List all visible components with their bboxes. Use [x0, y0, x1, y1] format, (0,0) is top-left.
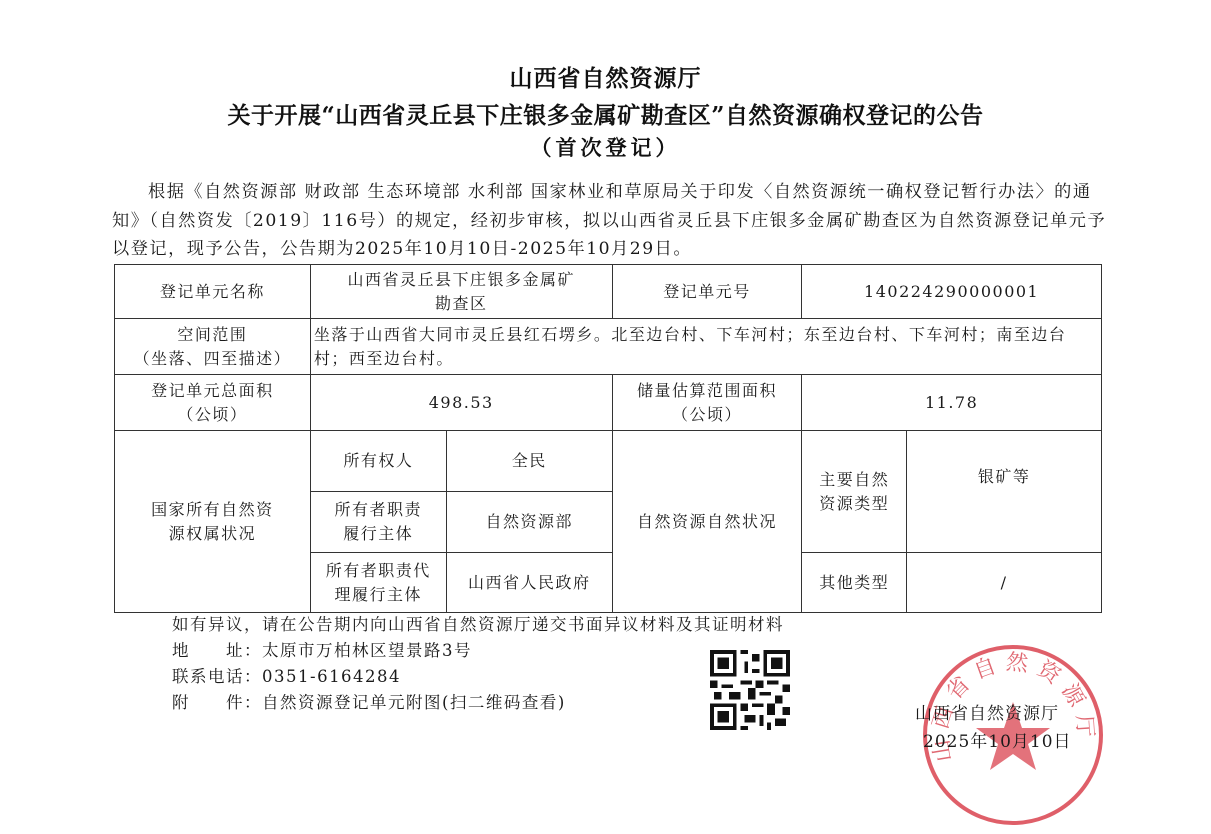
unit-name-label: 登记单元名称: [115, 265, 311, 319]
intro-text: 根据《自然资源部 财政部 生态环境部 水利部 国家林业和草原局关于印发〈自然资源…: [112, 178, 1108, 264]
registration-table: 登记单元名称 山西省灵丘县下庄银多金属矿勘查区 登记单元号 1402242900…: [114, 264, 1102, 613]
scope-value: 坐落于山西省大同市灵丘县红石塄乡。北至边台村、下车河村；东至边台村、下车河村；南…: [310, 319, 1101, 375]
phone-value: 0351-6164284: [262, 667, 401, 686]
owner-label: 所有权人: [310, 431, 446, 492]
main-type-value: 银矿等: [907, 431, 1102, 553]
phone-line: 联系电话：0351-6164284: [172, 664, 784, 690]
signature-block: 山西省自然资源厅 2025年10月10日: [915, 700, 1072, 756]
other-type-value: /: [907, 553, 1102, 613]
scope-label-line2: （坐落、四至描述）: [118, 347, 307, 371]
issuer-title: 山西省自然资源厅: [0, 60, 1211, 93]
address-line: 地 址：太原市万柏林区望景路3号: [172, 638, 784, 664]
objection-note: 如有异议，请在公告期内向山西省自然资源厅递交书面异议材料及其证明材料: [172, 612, 784, 638]
unit-no-value: 140224290000001: [802, 265, 1102, 319]
ownership-label: 国家所有自然资源权属状况: [115, 431, 311, 613]
notice-title: 关于开展“山西省灵丘县下庄银多金属矿勘查区”自然资源确权登记的公告: [0, 97, 1211, 130]
notice-subtitle: （首次登记）: [0, 132, 1211, 162]
unit-no-label: 登记单元号: [612, 265, 802, 319]
total-area-label-line2: （公顷）: [118, 403, 307, 427]
signature-org: 山西省自然资源厅: [915, 700, 1072, 728]
owner-value: 全民: [446, 431, 612, 492]
reserve-area-label-line1: 储量估算范围面积: [616, 379, 799, 403]
attachment-value: 自然资源登记单元附图(扫二维码查看): [262, 693, 566, 712]
reserve-area-label-line2: （公顷）: [616, 403, 799, 427]
qr-code-icon[interactable]: [710, 650, 790, 730]
duty-value: 自然资源部: [446, 492, 612, 553]
main-type-label: 主要自然资源类型: [802, 431, 907, 553]
notice-footer: 如有异议，请在公告期内向山西省自然资源厅递交书面异议材料及其证明材料 地 址：太…: [172, 612, 784, 716]
intro-paragraph: 根据《自然资源部 财政部 生态环境部 水利部 国家林业和草原局关于印发〈自然资源…: [112, 178, 1108, 264]
reserve-area-label: 储量估算范围面积 （公顷）: [612, 375, 802, 431]
other-type-label: 其他类型: [802, 553, 907, 613]
total-area-label-line1: 登记单元总面积: [118, 379, 307, 403]
unit-name-value: 山西省灵丘县下庄银多金属矿勘查区: [310, 265, 612, 319]
scope-label: 空间范围 （坐落、四至描述）: [115, 319, 311, 375]
reserve-area-value: 11.78: [802, 375, 1102, 431]
total-area-label: 登记单元总面积 （公顷）: [115, 375, 311, 431]
natural-status-label: 自然资源自然状况: [612, 431, 802, 613]
proxy-value: 山西省人民政府: [446, 553, 612, 613]
address-value: 太原市万柏林区望景路3号: [262, 641, 472, 660]
total-area-value: 498.53: [310, 375, 612, 431]
scope-label-line1: 空间范围: [118, 323, 307, 347]
duty-label: 所有者职责履行主体: [310, 492, 446, 553]
proxy-label: 所有者职责代理履行主体: [310, 553, 446, 613]
attachment-line: 附 件：自然资源登记单元附图(扫二维码查看): [172, 690, 784, 716]
signature-date: 2025年10月10日: [923, 728, 1072, 756]
